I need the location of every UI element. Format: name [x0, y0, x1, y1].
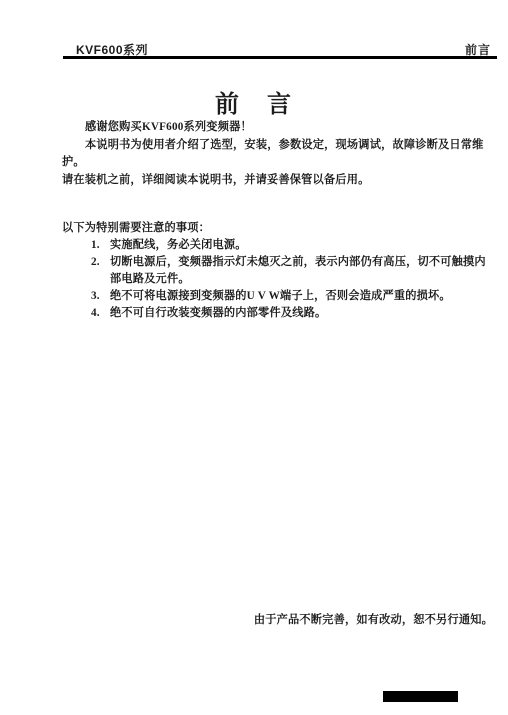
- note-number: 4.: [91, 305, 110, 322]
- footer-disclaimer: 由于产品不断完善，如有改动，恕不另行通知。: [254, 611, 493, 627]
- note-number: 2.: [91, 254, 110, 288]
- note-item-2: 2. 切断电源后，变频器指示灯未熄灭之前，表示内部仍有高压，切不可触摸内部电路及…: [91, 254, 494, 288]
- intro-line-2: 本说明书为使用者介绍了选型，安装，参数设定，现场调试，故障诊断及日常维护。: [62, 137, 494, 172]
- note-number: 1.: [91, 237, 110, 254]
- note-text: 绝不可自行改装变频器的内部零件及线路。: [110, 305, 494, 322]
- header-rule: [63, 56, 497, 59]
- manual-page: KVF600系列 前言 前 言 感谢您购买KVF600系列变频器！ 本说明书为使…: [0, 0, 508, 715]
- intro-paragraph: 感谢您购买KVF600系列变频器！ 本说明书为使用者介绍了选型，安装，参数设定，…: [62, 119, 494, 189]
- intro-line-3: 请在装机之前，详细阅读本说明书，并请妥善保管以备后用。: [62, 172, 494, 190]
- note-item-1: 1. 实施配线，务必关闭电源。: [91, 237, 494, 254]
- notes-section: 以下为特别需要注意的事项： 1. 实施配线，务必关闭电源。 2. 切断电源后，变…: [62, 220, 494, 322]
- note-text: 绝不可将电源接到变频器的U V W端子上，否则会造成严重的损坏。: [110, 288, 494, 305]
- note-number: 3.: [91, 288, 110, 305]
- page-title: 前 言: [0, 84, 508, 119]
- note-item-3: 3. 绝不可将电源接到变频器的U V W端子上，否则会造成严重的损坏。: [91, 288, 494, 305]
- notes-heading: 以下为特别需要注意的事项：: [62, 220, 494, 237]
- redaction-bar: [383, 691, 458, 702]
- note-text: 切断电源后，变频器指示灯未熄灭之前，表示内部仍有高压，切不可触摸内部电路及元件。: [110, 254, 494, 288]
- intro-line-1: 感谢您购买KVF600系列变频器！: [62, 119, 494, 137]
- note-text: 实施配线，务必关闭电源。: [110, 237, 494, 254]
- note-item-4: 4. 绝不可自行改装变频器的内部零件及线路。: [91, 305, 494, 322]
